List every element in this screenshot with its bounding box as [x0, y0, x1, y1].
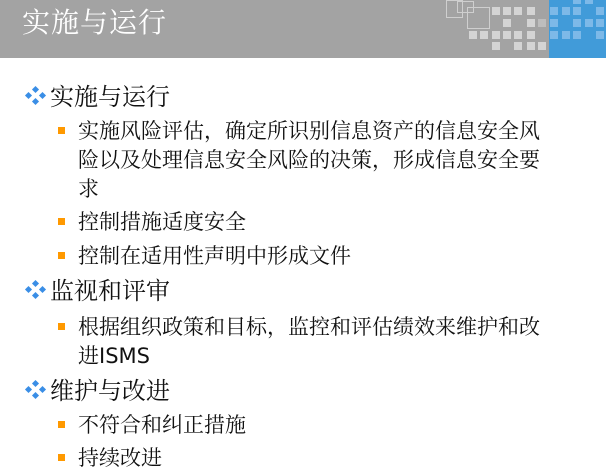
outline-section-maintenance: 维护与改进 [26, 376, 170, 406]
diamond-bullet-icon [26, 281, 46, 299]
diamond-bullet-icon [26, 381, 46, 399]
list-item-text: 控制在适用性声明中形成文件 [78, 242, 351, 271]
list-item-text: 根据组织政策和目标，监控和评估绩效来维护和改 [78, 313, 540, 342]
list-item-text: 进ISMS [78, 342, 540, 371]
list-item-text: 不符合和纠正措施 [78, 411, 246, 440]
section-heading: 维护与改进 [50, 377, 170, 405]
square-bullet-icon [58, 421, 65, 428]
list-item-text: 求 [78, 175, 540, 204]
square-bullet-icon [58, 454, 65, 461]
section-heading: 实施与运行 [50, 83, 170, 111]
square-bullet-icon [58, 252, 65, 259]
square-bullet-icon [58, 218, 65, 225]
outline-section-monitoring: 监视和评审 [26, 276, 170, 306]
square-bullet-icon [58, 323, 65, 330]
square-bullet-icon [58, 127, 65, 134]
list-item-text: 控制措施适度安全 [78, 208, 246, 237]
list-item-text: 实施风险评估，确定所识别信息资产的信息安全风 [78, 117, 540, 146]
slide-title: 实施与运行 [22, 5, 167, 41]
slide-header: 实施与运行 [0, 0, 606, 58]
diamond-bullet-icon [26, 87, 46, 105]
outline-section-implementation: 实施与运行 [26, 82, 170, 112]
list-item-text: 持续改进 [78, 444, 162, 471]
list-item-text: 险以及处理信息安全风险的决策，形成信息安全要 [78, 146, 540, 175]
section-heading: 监视和评审 [50, 277, 170, 305]
